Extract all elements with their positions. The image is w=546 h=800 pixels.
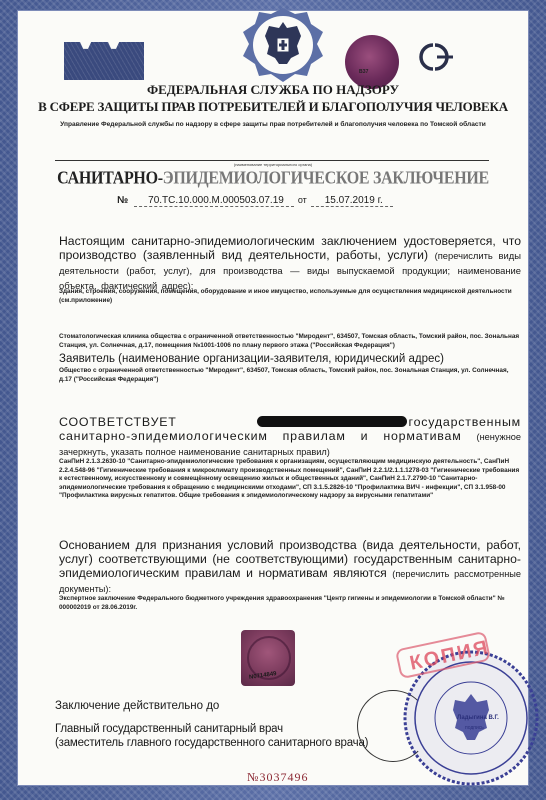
objects-description: Здания, строения, сооружения, помещения,…	[59, 288, 521, 305]
coat-of-arms-emblem-icon	[239, 8, 327, 82]
expert-conclusion: Экспертное заключение Федерального бюдже…	[59, 595, 521, 612]
chief-doctor-line-2: (заместитель главного государственного с…	[55, 736, 368, 750]
document-title-part-2: ЭПИДЕМИОЛОГИЧЕСКОЕ ЗАКЛЮЧЕНИЕ	[163, 169, 489, 189]
lead-paragraph: Настоящим санитарно-эпидемиологическим з…	[59, 234, 521, 293]
valid-until-label: Заключение действительно до	[55, 700, 219, 712]
chief-doctor-block: Главный государственный санитарный врач …	[55, 722, 368, 750]
department-caption: (наименование территориального органа)	[17, 162, 529, 167]
document-title: САНИТАРНО-ЭПИДЕМИОЛОГИЧЕСКОЕ ЗАКЛЮЧЕНИЕ	[17, 169, 529, 190]
chief-doctor-line-1: Главный государственный санитарный врач	[55, 722, 368, 736]
serial-number: №3037496	[247, 770, 308, 785]
sanitary-rules-list: СанПиН 2.1.3.2630-10 "Санитарно-эпидемио…	[59, 458, 521, 501]
compliance-paragraph: СООТВЕТСТВУЕТ государственным санитарно-…	[59, 415, 521, 459]
top-hologram-label: ВЗ7	[359, 69, 368, 75]
se-logo-icon	[413, 40, 459, 74]
certificate-sheet: ВЗ7 ФЕДЕРАЛЬНАЯ СЛУЖБА ПО НАДЗОРУ В СФЕР…	[17, 10, 529, 786]
basis-paragraph: Основанием для признания условий произво…	[59, 538, 521, 596]
territorial-department: Управление Федеральной службы по надзору…	[47, 120, 499, 129]
seal-signature-caption: подпись	[465, 725, 484, 731]
date-label: от	[298, 195, 307, 205]
redaction-bar	[257, 416, 407, 427]
top-hologram: ВЗ7	[345, 35, 399, 89]
document-title-part-1: САНИТАРНО-	[57, 169, 163, 189]
document-number: 70.ТС.10.000.М.000503.07.19	[134, 195, 294, 207]
compliance-word: СООТВЕТСТВУЕТ	[59, 415, 177, 429]
number-label: №	[117, 195, 128, 206]
clinic-address: Стоматологическая клиника общества с огр…	[59, 333, 521, 350]
agency-header-line-1: ФЕДЕРАЛЬНАЯ СЛУЖБА ПО НАДЗОРУ	[17, 82, 529, 98]
applicant-label: Заявитель (наименование организации-заяв…	[59, 353, 521, 365]
department-underline	[55, 160, 489, 161]
applicant-value: Общество с ограниченной ответственностью…	[59, 367, 521, 384]
document-number-line: № 70.ТС.10.000.М.000503.07.19 от 15.07.2…	[117, 195, 393, 207]
certificate-page: ВЗ7 ФЕДЕРАЛЬНАЯ СЛУЖБА ПО НАДЗОРУ В СФЕР…	[0, 0, 546, 800]
document-date: 15.07.2019 г.	[311, 195, 393, 207]
security-pattern-logo	[64, 42, 144, 80]
agency-header-line-2: В СФЕРЕ ЗАЩИТЫ ПРАВ ПОТРЕБИТЕЛЕЙ И БЛАГО…	[17, 99, 529, 115]
bottom-hologram: N0714849	[241, 630, 295, 686]
seal-signatory-name: Ладыгина В.Г.	[457, 715, 499, 721]
